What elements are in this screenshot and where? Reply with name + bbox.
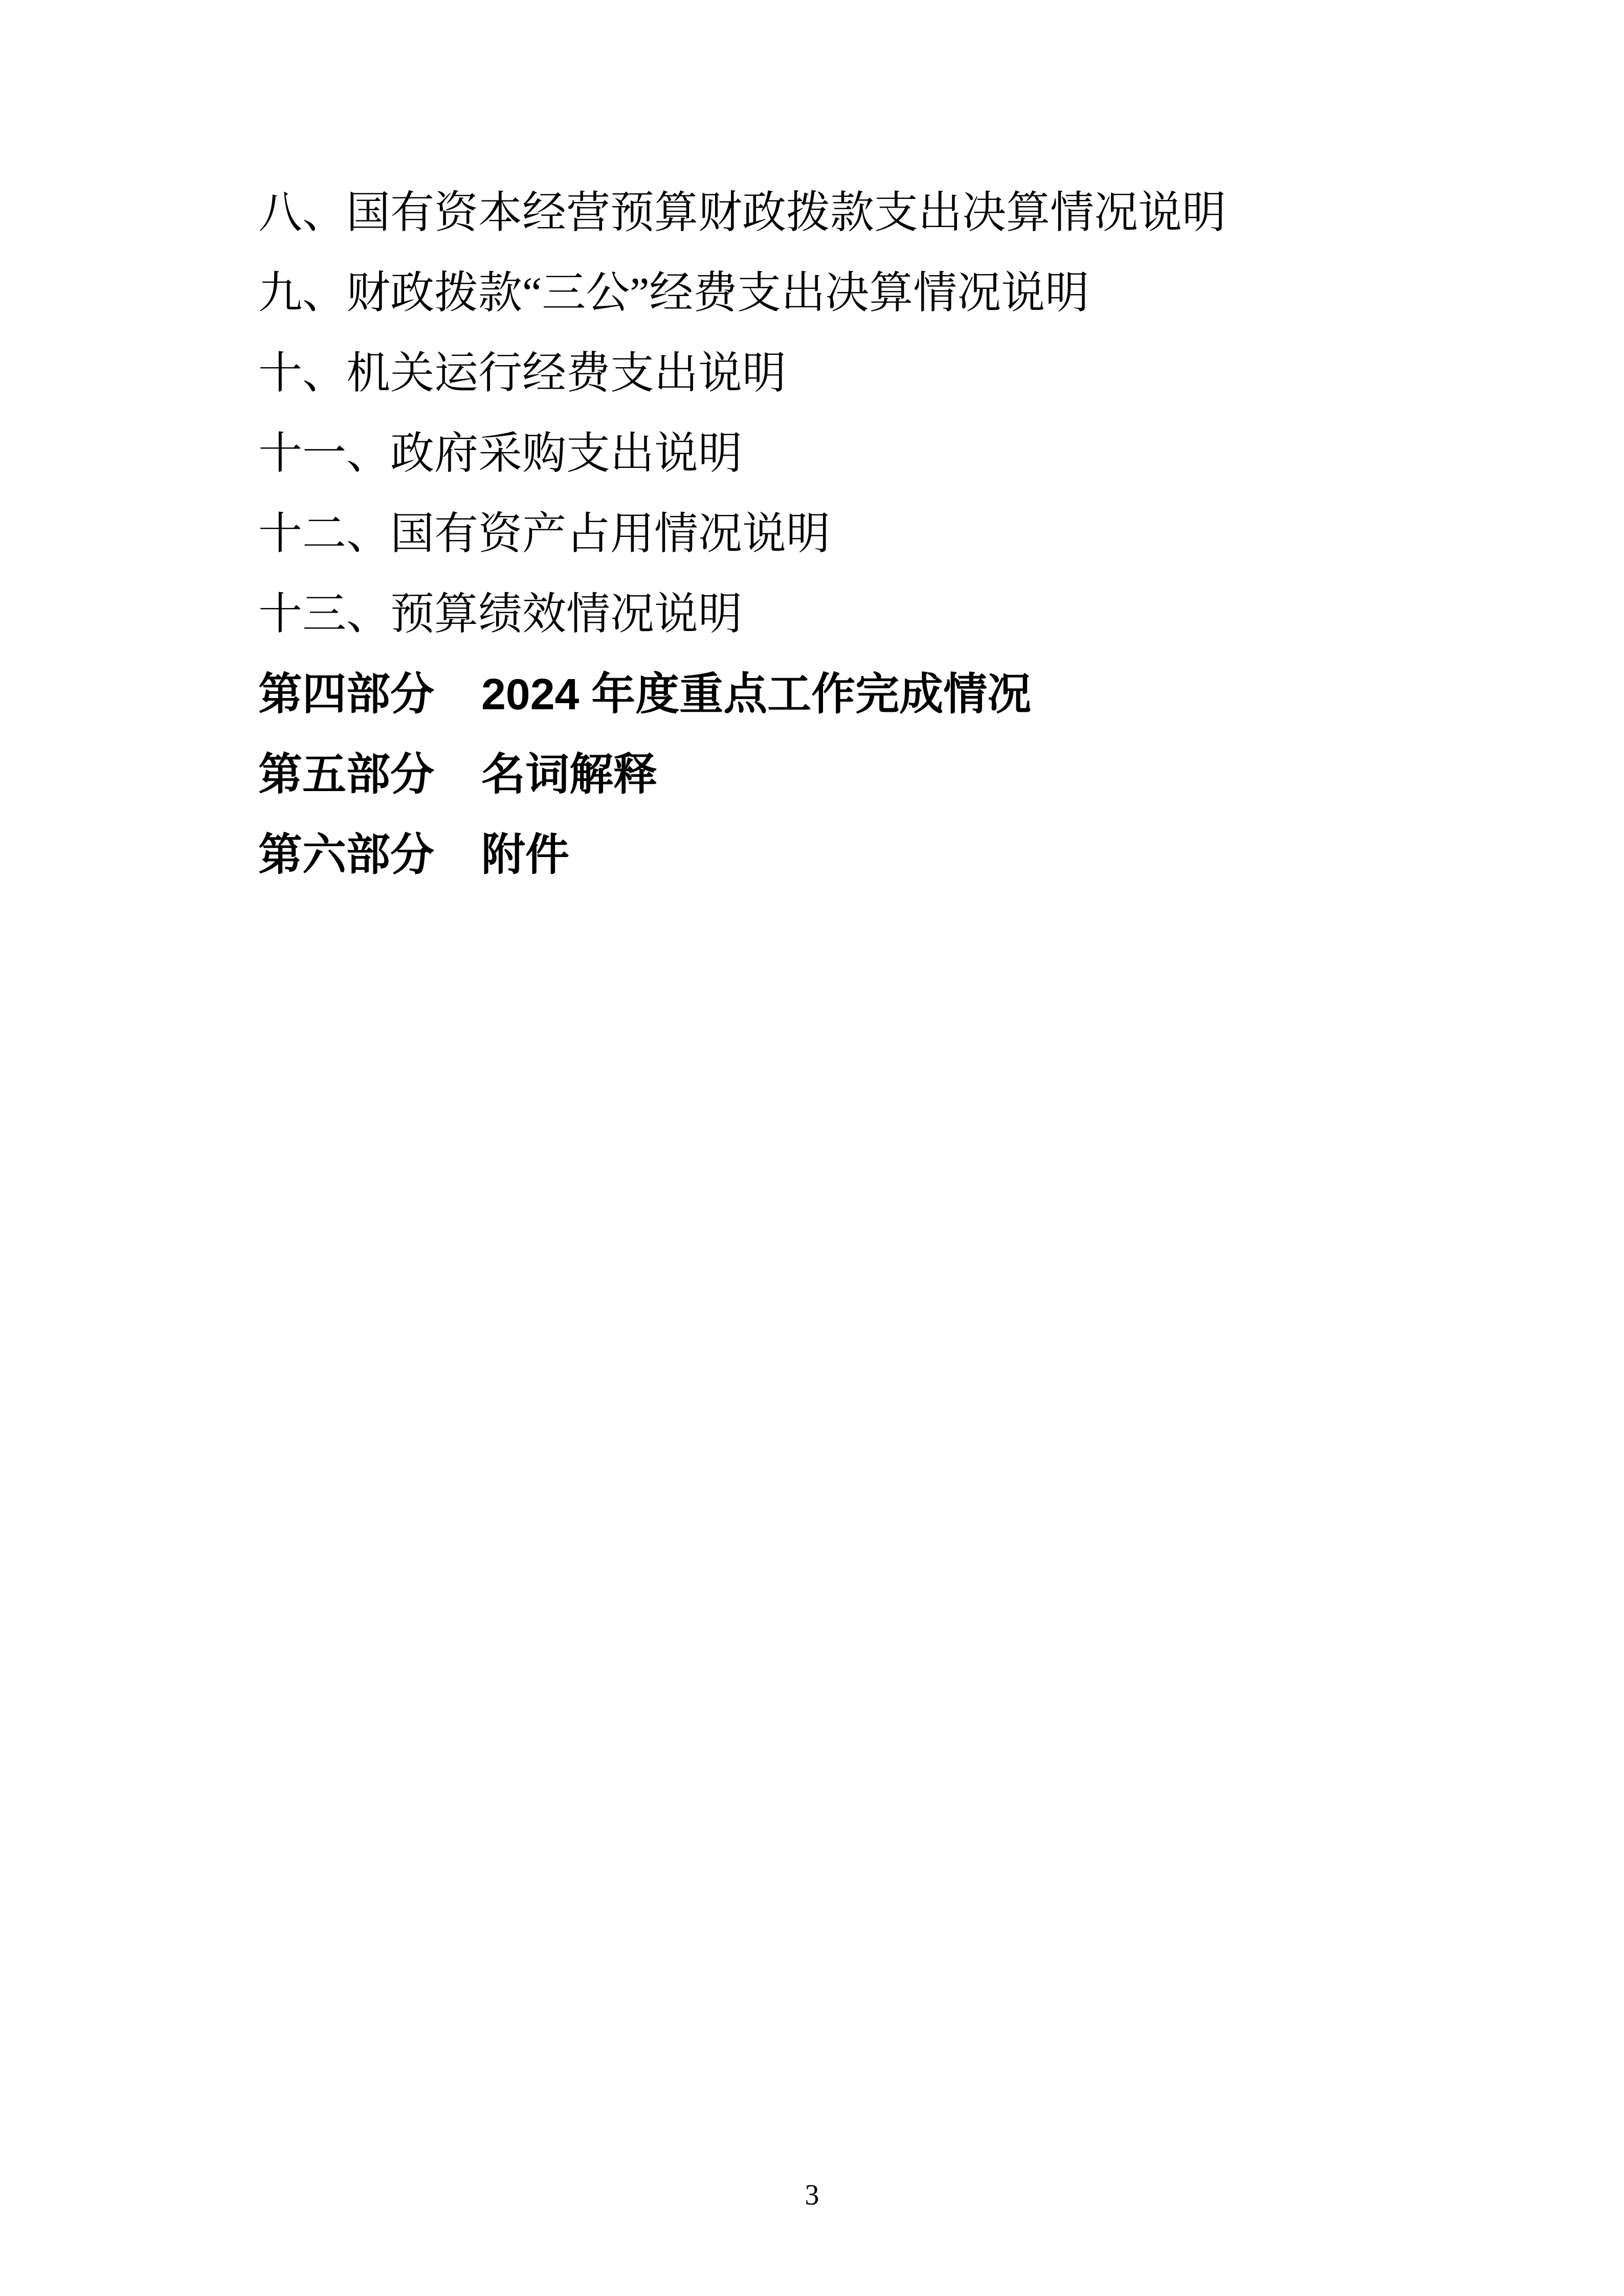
toc-item-12: 十二、国有资产占用情况说明 <box>258 494 1486 574</box>
table-of-contents: 八、国有资本经营预算财政拨款支出决算情况说明 九、财政拨款“三公”经费支出决算情… <box>258 173 1486 895</box>
section-6-title: 附件 <box>481 830 569 880</box>
section-5-title: 名词解释 <box>481 750 657 799</box>
toc-section-6: 第六部分附件 <box>258 815 1486 895</box>
section-5-label: 第五部分 <box>258 750 434 799</box>
toc-item-11: 十一、政府采购支出说明 <box>258 414 1486 494</box>
toc-item-10: 十、机关运行经费支出说明 <box>258 333 1486 414</box>
document-page: 八、国有资本经营预算财政拨款支出决算情况说明 九、财政拨款“三公”经费支出决算情… <box>0 0 1624 2296</box>
toc-item-8: 八、国有资本经营预算财政拨款支出决算情况说明 <box>258 173 1486 253</box>
toc-item-13: 十三、预算绩效情况说明 <box>258 574 1486 655</box>
section-6-label: 第六部分 <box>258 830 434 880</box>
page-number: 3 <box>0 2177 1624 2213</box>
toc-item-9: 九、财政拨款“三公”经费支出决算情况说明 <box>258 253 1486 333</box>
toc-section-5: 第五部分名词解释 <box>258 735 1486 815</box>
toc-section-4: 第四部分2024 年度重点工作完成情况 <box>258 655 1486 735</box>
section-4-label: 第四部分 <box>258 670 434 719</box>
section-4-title: 2024 年度重点工作完成情况 <box>481 670 1031 719</box>
